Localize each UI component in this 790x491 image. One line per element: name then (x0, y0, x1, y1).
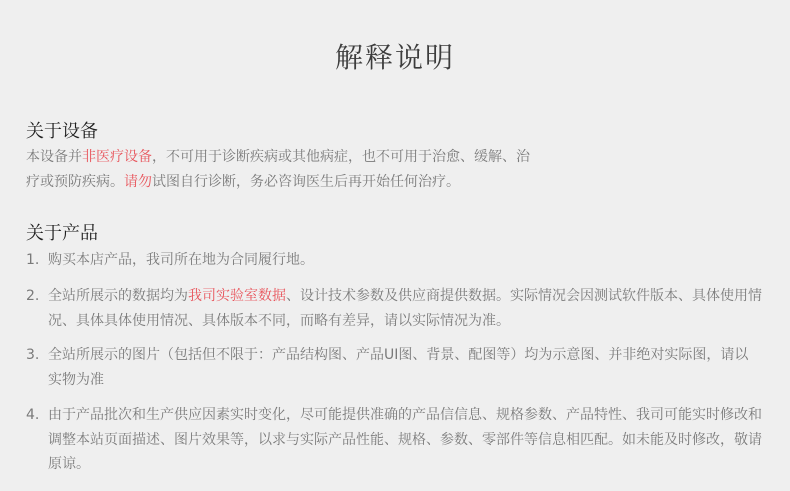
highlight-lab-data: 我司实验室数据 (188, 288, 286, 304)
item-text: 全站所展示的数据均为 (48, 288, 188, 304)
product-item-2: 2.全站所展示的数据均为我司实验室数据、设计技术参数及供应商提供数据。实际情况会… (26, 284, 766, 333)
device-text: 本设备并 (26, 149, 82, 165)
item-number: 4. (26, 403, 48, 428)
item-number: 3. (26, 343, 48, 368)
device-section-heading: 关于设备 (26, 120, 98, 144)
product-item-1: 1.购买本店产品，我司所在地为合同履行地。 (26, 248, 766, 273)
page-title: 解释说明 (0, 38, 790, 78)
product-item-3: 3.全站所展示的图片（包括但不限于：产品结构图、产品UI图、背景、配图等）均为示… (26, 343, 756, 392)
item-text: 全站所展示的图片（包括但不限于：产品结构图、产品UI图、背景、配图等）均为示意图… (48, 347, 748, 388)
device-text: 试图自行诊断，务必咨询医生后再开始任何治疗。 (152, 174, 460, 190)
item-text: 由于产品批次和生产供应因素实时变化，尽可能提供准确的产品信信息、规格参数、产品特… (48, 407, 762, 472)
product-item-4: 4.由于产品批次和生产供应因素实时变化，尽可能提供准确的产品信信息、规格参数、产… (26, 403, 766, 477)
highlight-do-not: 请勿 (124, 174, 152, 190)
item-number: 2. (26, 284, 48, 309)
device-text: ，不可用于诊断疾病或其他病症，也不可用于治愈、缓解、治 (152, 149, 530, 165)
item-text: 购买本店产品，我司所在地为合同履行地。 (48, 252, 314, 268)
device-disclaimer: 本设备并非医疗设备，不可用于诊断疾病或其他病症，也不可用于治愈、缓解、治 疗或预… (26, 145, 766, 195)
highlight-non-medical: 非医疗设备 (82, 149, 152, 165)
item-number: 1. (26, 248, 48, 273)
device-text: 疗或预防疾病。 (26, 174, 124, 190)
product-section-heading: 关于产品 (26, 222, 98, 246)
